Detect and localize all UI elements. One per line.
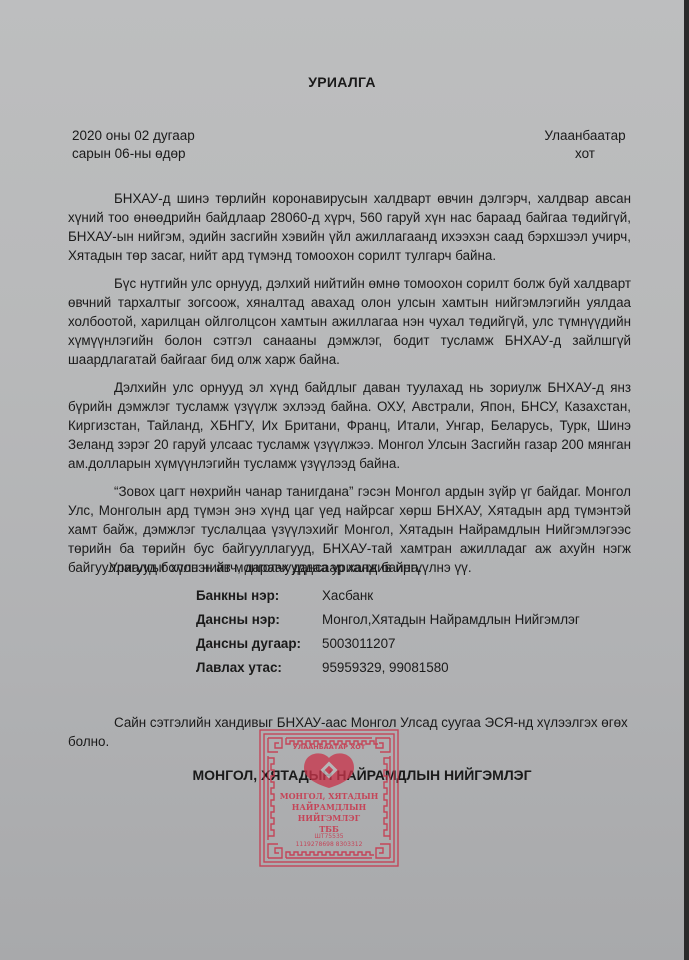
document-city: Улаанбаатар хот (540, 127, 630, 163)
stamp-organization: МОНГОЛ, ХЯТАДЫН НАЙРАМДЛЫН НИЙГЭМЛЭГ ТББ (258, 791, 400, 835)
account-value: Монгол,Хятадын Найрамдлын Нийгэмлэг (322, 612, 580, 627)
account-row-name: Дансны нэр: Монгол,Хятадын Найрамдлын Ни… (196, 607, 580, 631)
account-label: Дансны нэр: (196, 612, 322, 627)
account-row-number: Дансны дугаар: 5003011207 (196, 631, 580, 655)
stamp-org-line: НАЙРАМДЛЫН (258, 802, 400, 813)
document-page: УРИАЛГА 2020 оны 02 дугаар сарын 06-ны ө… (0, 0, 684, 960)
account-value: 5003011207 (322, 636, 395, 651)
stamp-org-line: МОНГОЛ, ХЯТАДЫН (258, 791, 400, 802)
account-row-phone: Лавлах утас: 95959329, 99081580 (196, 655, 580, 679)
account-value: 95959329, 99081580 (322, 660, 449, 675)
stamp-reg-numbers: 1119278698 8303312 (258, 841, 400, 849)
account-details: Банкны нэр: Хасбанк Дансны нэр: Монгол,Х… (196, 583, 580, 679)
city-line-2: хот (540, 145, 630, 163)
date-line-1: 2020 оны 02 дугаар (72, 127, 195, 145)
date-line-2: сарын 06-ны өдөр (72, 145, 195, 163)
stamp-city: УЛААНБААТАР ХОТ (258, 743, 400, 751)
city-line-1: Улаанбаатар (540, 127, 630, 145)
document-date: 2020 оны 02 дугаар сарын 06-ны өдөр (72, 127, 195, 163)
official-stamp: УЛААНБААТАР ХОТ МОНГОЛ, ХЯТАДЫН НАЙРАМДЛ… (258, 728, 400, 868)
donation-request: Уриалгыг хүлээн авч, дараах дансаар ханд… (109, 560, 472, 575)
paragraph: Дэлхийн улс орнууд эл хүнд байдлыг даван… (68, 378, 631, 473)
account-label: Банкны нэр: (196, 588, 322, 603)
account-label: Дансны дугаар: (196, 636, 322, 651)
document-title: УРИАЛГА (0, 74, 684, 90)
stamp-registration: ШТ75535 1119278698 8303312 (258, 833, 400, 849)
paragraph: БНХАУ-д шинэ төрлийн коронавирусын халдв… (68, 189, 631, 265)
document-body: БНХАУ-д шинэ төрлийн коронавирусын халдв… (68, 189, 631, 586)
account-label: Лавлах утас: (196, 660, 322, 675)
stamp-reg-code: ШТ75535 (258, 833, 400, 841)
account-value: Хасбанк (322, 588, 373, 603)
paragraph: Бүс нутгийн улс орнууд, дэлхий нийтийн ө… (68, 274, 631, 369)
account-row-bank: Банкны нэр: Хасбанк (196, 583, 580, 607)
stamp-org-line: НИЙГЭМЛЭГ (258, 813, 400, 824)
